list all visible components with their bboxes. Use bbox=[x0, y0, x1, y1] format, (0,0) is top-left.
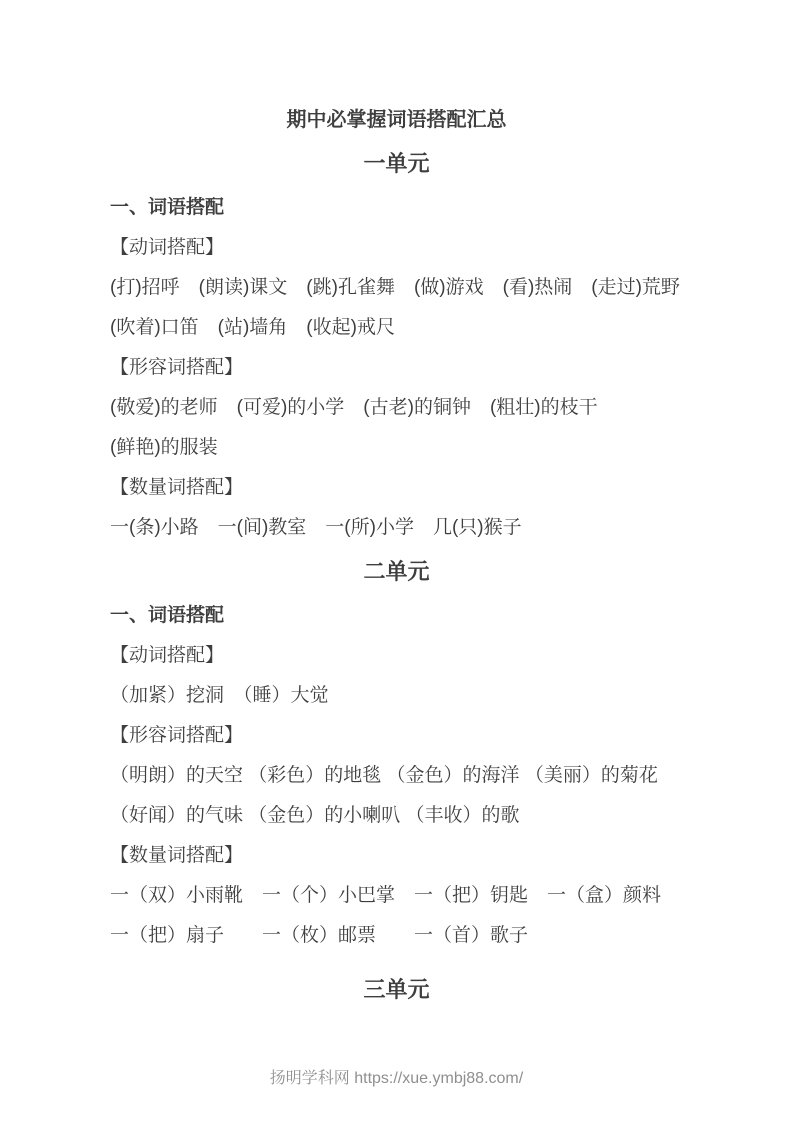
group-label-quantifiers-unit1: 【数量词搭配】 bbox=[110, 468, 683, 508]
footer-site-link[interactable]: 扬明学科网 https://xue.ymbj88.com/ bbox=[0, 1066, 793, 1092]
unit-heading-1: 一单元 bbox=[0, 140, 793, 188]
collocation-line: （加紧）挖洞 （睡）大觉 bbox=[110, 676, 683, 716]
group-label-quantifiers-unit2: 【数量词搭配】 bbox=[110, 836, 683, 876]
collocation-line: （好闻）的气味 （金色）的小喇叭 （丰收）的歌 bbox=[110, 796, 683, 836]
unit-heading-2: 二单元 bbox=[0, 548, 793, 596]
collocation-line: 一(条)小路 一(间)教室 一(所)小学 几(只)猴子 bbox=[110, 508, 683, 548]
collocation-line: 一（双）小雨靴 一（个）小巴掌 一（把）钥匙 一（盒）颜料 bbox=[110, 876, 683, 916]
group-label-adjectives-unit1: 【形容词搭配】 bbox=[110, 348, 683, 388]
section-title-unit2: 一、词语搭配 bbox=[110, 596, 683, 636]
collocation-line: 一（把）扇子 一（枚）邮票 一（首）歌子 bbox=[110, 916, 683, 956]
collocation-line: (打)招呼 (朗读)课文 (跳)孔雀舞 (做)游戏 (看)热闹 (走过)荒野 bbox=[110, 268, 683, 308]
collocation-line: (敬爱)的老师 (可爱)的小学 (古老)的铜钟 (粗壮)的枝干 bbox=[110, 388, 683, 428]
group-label-verbs-unit1: 【动词搭配】 bbox=[110, 228, 683, 268]
collocation-line: (吹着)口笛 (站)墙角 (收起)戒尺 bbox=[110, 308, 683, 348]
group-label-verbs-unit2: 【动词搭配】 bbox=[110, 636, 683, 676]
collocation-line: （明朗）的天空 （彩色）的地毯 （金色）的海洋 （美丽）的菊花 bbox=[110, 756, 683, 796]
group-label-adjectives-unit2: 【形容词搭配】 bbox=[110, 716, 683, 756]
unit-heading-3: 三单元 bbox=[0, 966, 793, 1014]
collocation-line: (鲜艳)的服装 bbox=[110, 428, 683, 468]
document-page: 期中必掌握词语搭配汇总 一单元 一、词语搭配 【动词搭配】 (打)招呼 (朗读)… bbox=[0, 0, 793, 1122]
document-title: 期中必掌握词语搭配汇总 bbox=[110, 100, 683, 140]
section-title-unit1: 一、词语搭配 bbox=[110, 188, 683, 228]
